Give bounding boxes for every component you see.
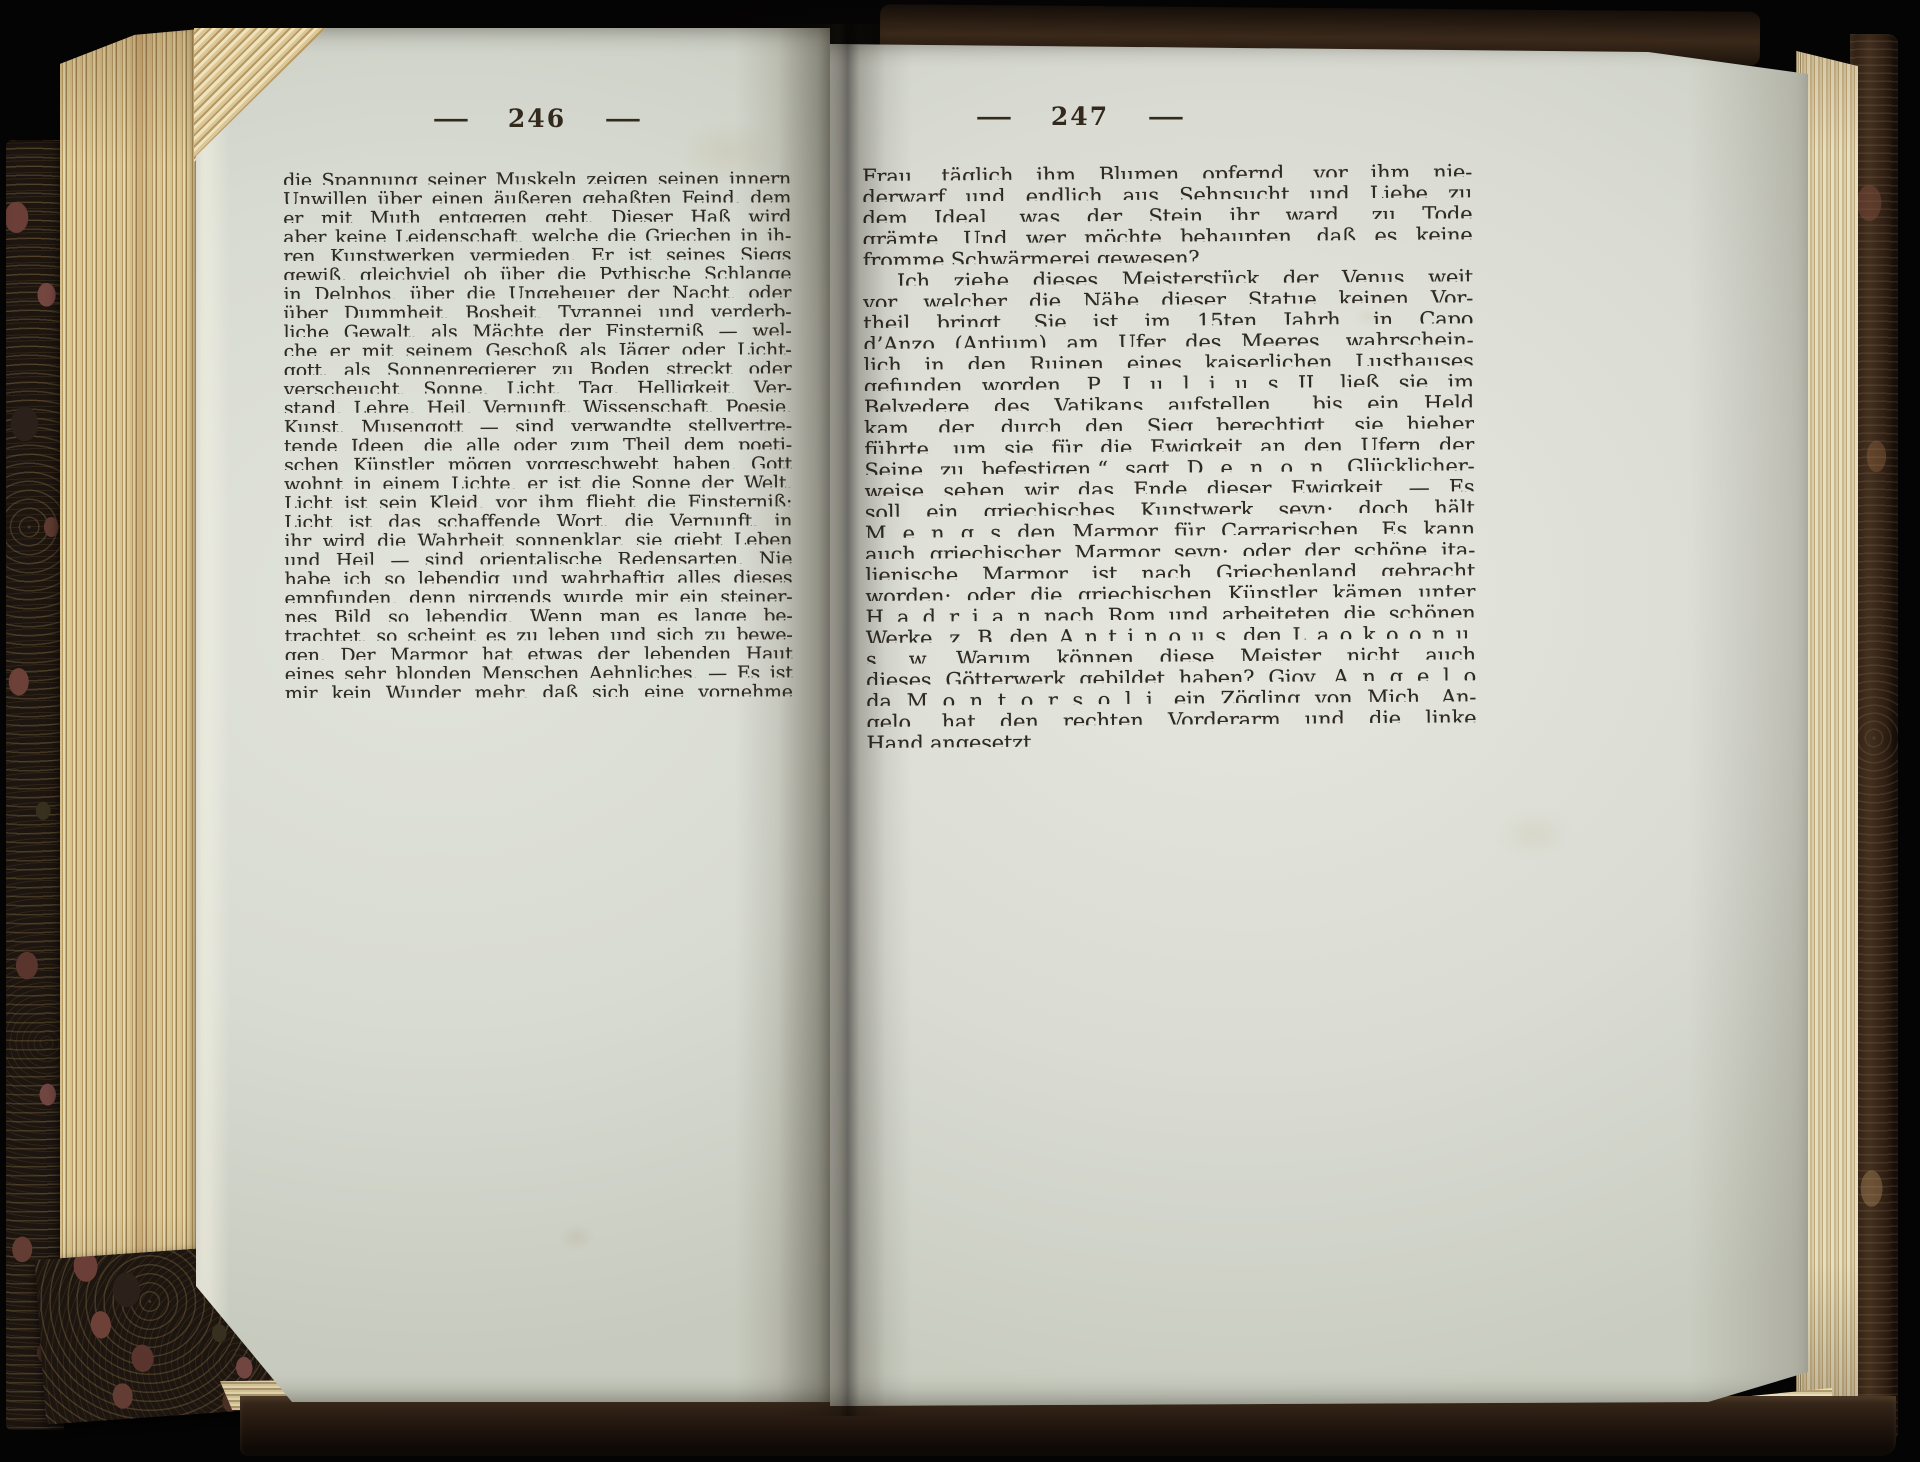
right-page-text: Frau, täglich ihm Blumen opfernd, vor ih… <box>862 155 1477 748</box>
header-dash: — <box>1147 104 1184 130</box>
text-line: über Dummheit, Bosheit, Tyrannei und ver… <box>283 297 791 318</box>
left-page-number: 246 <box>508 104 566 133</box>
text-line: wohnt in einem Lichte, er ist die Sonne … <box>284 468 792 489</box>
left-page-header: — 246 — <box>283 104 791 133</box>
text-line: Kunst, Musengott — sind verwandte stellv… <box>284 411 792 432</box>
text-line: ihr wird die Wahrheit sonnenklar, sie gi… <box>284 525 792 546</box>
text-line: gott, als Sonnenregierer zu Boden streck… <box>284 354 792 375</box>
text-line: aber keine Leidenschaft, welche die Grie… <box>283 221 791 242</box>
text-line: nes Bild so lebendig. Wenn man es lange … <box>285 601 793 622</box>
header-dash: — <box>432 106 469 132</box>
header-dash: — <box>975 104 1012 130</box>
header-dash: — <box>604 106 641 132</box>
right-page-header: — 247 — <box>860 102 1300 131</box>
text-line: Licht ist sein Kleid, vor ihm flieht die… <box>284 487 792 508</box>
text-line: die Spannung seiner Muskeln zeigen seine… <box>283 164 791 185</box>
text-line: trachtet, so scheint es zu leben und sic… <box>285 620 793 641</box>
text-line: empfunden, denn nirgends wurde mir ein s… <box>284 582 792 603</box>
text-line: und Heil — sind orientalische Redensarte… <box>284 544 792 565</box>
text-line: tende Ideen, die alle oder zum Theil dem… <box>284 430 792 451</box>
text-line: verscheucht. Sonne, Licht, Tag, Helligke… <box>284 373 792 394</box>
text-line: schen Künstler mögen vorgeschwebt haben.… <box>284 449 792 470</box>
text-line: gen. Der Marmor hat etwas der lebenden H… <box>285 639 793 660</box>
text-line: liche Gewalt, als Mächte der Finsterniß … <box>284 316 792 337</box>
right-page-number: 247 <box>1051 102 1109 131</box>
text-line: Unwillen über einen äußeren gehaßten Fei… <box>283 183 791 204</box>
text-line: in Delphos, über die Ungeheuer der Nacht… <box>283 278 791 299</box>
text-line: gewiß, gleichviel ob über die Pythische … <box>283 259 791 280</box>
left-page: — 246 — die Spannung seiner Muskeln zeig… <box>196 28 830 1402</box>
left-page-text: die Spannung seiner Muskeln zeigen seine… <box>283 164 793 698</box>
text-line: habe ich so lebendig und wahrhaftig alle… <box>284 563 792 584</box>
text-line: Licht ist das schaffende Wort, die Vernu… <box>284 506 792 527</box>
photo-of-open-book: — 246 — die Spannung seiner Muskeln zeig… <box>0 0 1920 1462</box>
bottom-cover-edge <box>240 1396 1896 1456</box>
text-line: er mit Muth entgegen geht. Dieser Haß wi… <box>283 202 791 223</box>
text-line: mir kein Wunder mehr, daß sich eine vorn… <box>285 677 793 698</box>
text-line: Hand angesetzt. <box>866 722 1476 748</box>
text-line: che er mit seinem Geschoß als Jäger oder… <box>284 335 792 356</box>
text-line: eines sehr blonden Menschen Aehnliches. … <box>285 658 793 679</box>
text-line: ren Kunstwerken vermieden. Er ist seines… <box>283 240 791 261</box>
right-page: — 247 — Frau, täglich ihm Blumen opfernd… <box>830 44 1808 1406</box>
left-cover-marbled-board <box>6 140 64 1430</box>
text-line: stand, Lehre, Heil, Vernunft, Wissenscha… <box>284 392 792 413</box>
left-page-edge-stack <box>60 28 196 1406</box>
